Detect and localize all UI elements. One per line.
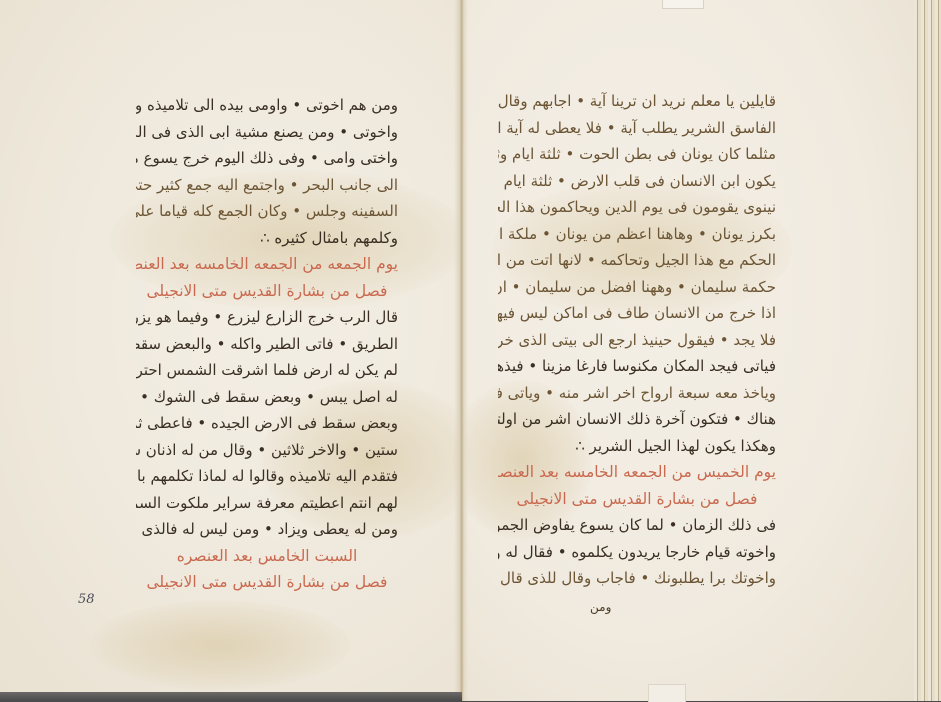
text-line: وياخذ معه سبعة ارواح اخر اشر منه • وياتى… <box>498 380 776 407</box>
text-line: يكون ابن الانسان فى قلب الارض • ثلثة ايا… <box>498 168 776 195</box>
manuscript-spread: ومن هم اخوتى • واومى بيده الى تلاميذه وق… <box>0 0 941 701</box>
text-line: فتقدم اليه تلاميذه وقالوا له لماذا تكلمه… <box>136 463 398 490</box>
text-line: بكرز يونان • وهاهنا اعظم من يونان • ملكة… <box>498 221 776 248</box>
text-line: حكمة سليمان • وههنا افضل من سليمان • ان … <box>498 274 776 301</box>
paper-tab <box>662 0 704 9</box>
text-line: السفينه وجلس • وكان الجمع كله قياما على … <box>136 198 398 225</box>
text-line: الطريق • فاتى الطير واكله • والبعض سقط ع… <box>136 331 398 358</box>
text-line: ستين • والاخر ثلاثين • وقال من له اذنان … <box>136 437 398 464</box>
text-line: لهم انتم اعطيتم معرفة سراير ملكوت السموا… <box>136 490 398 517</box>
book-gutter <box>454 0 468 701</box>
left-text-block: ومن هم اخوتى • واومى بيده الى تلاميذه وق… <box>136 92 398 596</box>
text-line: فلا يجد • فيقول حينيذ ارجع الى بيتى الذى… <box>498 327 776 354</box>
text-line: هناك • فتكون آخرة ذلك الانسان اشر من اول… <box>498 406 776 433</box>
text-line: وبعض سقط فى الارض الجيده • فاعطى ثمرة ال… <box>136 410 398 437</box>
text-line: واخوته قيام خارجا يريدون يكلموه • فقال ل… <box>498 539 776 566</box>
text-line: لم يكن له ارض فلما اشرقت الشمس احترق • و… <box>136 357 398 384</box>
text-line: وكلمهم بامثال كثيره ∴ <box>136 225 398 252</box>
rubric-heading: يوم الجمعه من الجمعه الخامسه بعد العنصره <box>136 251 398 278</box>
text-line: الحكم مع هذا الجيل وتحاكمه • لانها اتت م… <box>498 247 776 274</box>
right-text-block: قايلين يا معلم نريد ان ترينا آية • اجابه… <box>498 88 776 592</box>
text-line: واخوتى • ومن يصنع مشية ابى الذى فى السمو… <box>136 119 398 146</box>
text-line: الفاسق الشرير يطلب آية • فلا يعطى له آية… <box>498 115 776 142</box>
rubric-heading: فصل من بشارة القديس متى الانجيلى <box>498 486 776 513</box>
text-line: مثلما كان يونان فى بطن الحوت • ثلثة ايام… <box>498 141 776 168</box>
text-line: واخوتك برا يطلبونك • فاجاب وقال للذى قال… <box>498 565 776 592</box>
text-line: ومن هم اخوتى • واومى بيده الى تلاميذه وق… <box>136 92 398 119</box>
text-line: وهكذا يكون لهذا الجيل الشرير ∴ <box>498 433 776 460</box>
text-line: له اصل يبس • وبعض سقط فى الشوك • فطلع ال… <box>136 384 398 411</box>
rubric-heading: فصل من بشارة القديس متى الانجيلى <box>136 278 398 305</box>
text-line: الى جانب البحر • واجتمع اليه جمع كثير حت… <box>136 172 398 199</box>
rubric-heading: فصل من بشارة القديس متى الانجيلى <box>136 569 398 596</box>
rubric-heading: السبت الخامس بعد العنصره <box>136 543 398 570</box>
text-line: فى ذلك الزمان • لما كان يسوع يفاوض الجمو… <box>498 512 776 539</box>
page-edges <box>914 0 941 701</box>
text-line: قايلين يا معلم نريد ان ترينا آية • اجابه… <box>498 88 776 115</box>
text-line: نينوى يقومون فى يوم الدين ويحاكمون هذا ا… <box>498 194 776 221</box>
text-line: واختى وامى • وفى ذلك اليوم خرج يسوع من ا… <box>136 145 398 172</box>
text-line: ومن له يعطى ويزاد • ومن ليس له فالذى له … <box>136 516 398 543</box>
water-stain <box>90 600 350 690</box>
text-line: اذا خرج من الانسان طاف فى اماكن ليس فيها… <box>498 300 776 327</box>
folio-number: 58 <box>78 592 95 607</box>
text-line: فياتى فيجد المكان مكنوسا فارغا مزينا • ف… <box>498 353 776 380</box>
rubric-heading: يوم الخميس من الجمعه الخامسه بعد العنصره <box>498 459 776 486</box>
text-line: قال الرب خرج الزارع ليزرع • وفيما هو يزر… <box>136 304 398 331</box>
background-shadow <box>0 692 462 701</box>
catchword: ومن <box>590 600 611 614</box>
paper-tab <box>648 684 686 701</box>
